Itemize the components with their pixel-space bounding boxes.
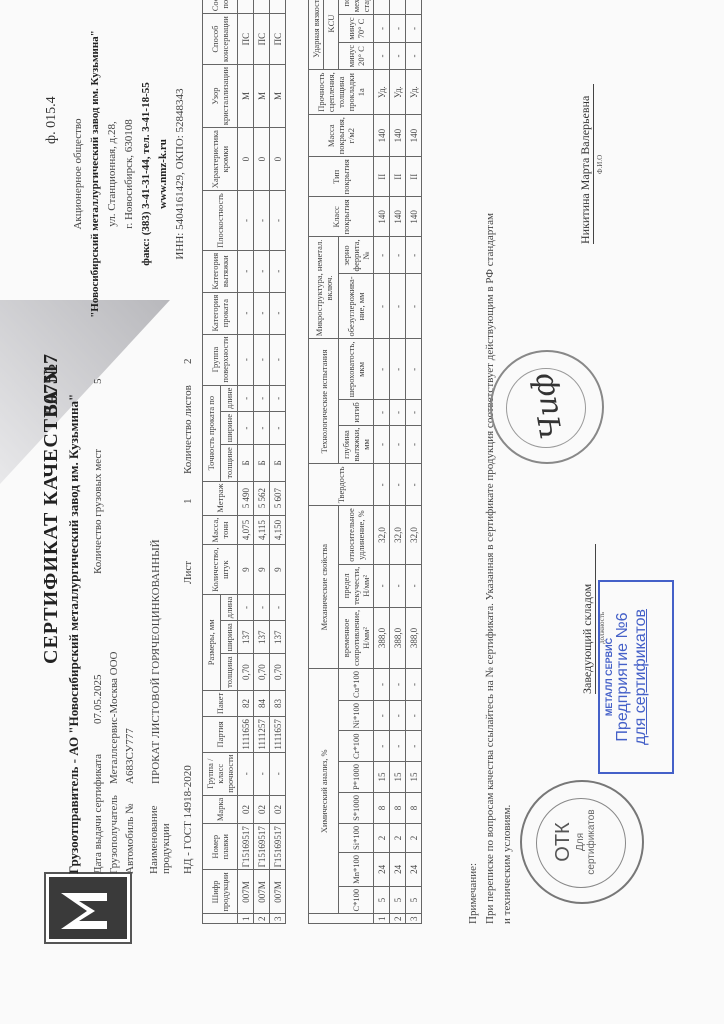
table-cell: 8 xyxy=(374,792,390,823)
header-cell: Группа / класс прочности xyxy=(203,752,238,795)
subheader-cell: обезуглерожива-ние, мм xyxy=(339,274,374,339)
table-cell: 388,0 xyxy=(406,607,422,668)
table-cell: 2 xyxy=(406,823,422,852)
product-table: Шифр продукцииНомер плавкиМаркаГруппа / … xyxy=(202,0,286,924)
table-cell: 1111257 xyxy=(254,717,270,753)
table-cell: - xyxy=(390,15,406,43)
note: Примечание: При переписке по вопросам ка… xyxy=(465,213,516,924)
table-cell: М xyxy=(254,64,270,127)
table-cell: - xyxy=(374,42,390,70)
subheader-cell: минус 70° C xyxy=(339,15,374,43)
table-cell: - xyxy=(390,237,406,274)
table-cell: 0 xyxy=(254,128,270,191)
table-cell: - xyxy=(270,594,286,620)
blue-stamp-brand: МЕТАЛЛ СЕРВИС xyxy=(604,582,614,772)
otk-stamp: ОТК Для сертификатов xyxy=(520,780,644,904)
table-cell: - xyxy=(406,274,422,339)
table-cell: - xyxy=(238,385,254,411)
table-cell: Уд. xyxy=(390,70,406,115)
table-cell: 32,0 xyxy=(390,506,406,564)
table-cell: - xyxy=(270,292,286,334)
cargo-places: 5 xyxy=(92,379,104,385)
table-cell: - xyxy=(254,292,270,334)
table-row: 3007МГ1516951702-1111657830,70137-94,150… xyxy=(270,0,286,924)
position: Заведующий складом xyxy=(580,544,596,694)
table-cell: 32,0 xyxy=(374,506,390,564)
table-cell: 0 xyxy=(270,128,286,191)
table-cell: Г15169517 xyxy=(254,824,270,870)
subheader-cell: толщине xyxy=(220,445,238,481)
header-cell: Плоскостность xyxy=(203,191,238,251)
table-cell: 9 xyxy=(270,545,286,594)
table-cell: - xyxy=(238,0,254,14)
table-cell: 137 xyxy=(254,621,270,654)
table-cell: - xyxy=(374,464,390,506)
subheader-cell: Cr*100 xyxy=(339,731,374,762)
sheet-number: 1 xyxy=(182,499,194,505)
subheader-cell: Ni*100 xyxy=(339,700,374,731)
company-phones: факс: (383) 3-41-31-44, тел. 3-41-18-55 xyxy=(140,82,152,265)
table-cell: - xyxy=(374,425,390,464)
header-cell: Класс покрытия xyxy=(309,197,374,237)
table-cell: Г15169517 xyxy=(238,824,254,870)
subheader-cell: глубина вытяжки, мм xyxy=(339,425,374,464)
table-cell: - xyxy=(390,731,406,762)
header-cell: Состояние поставки xyxy=(203,0,238,14)
table-cell: 1111656 xyxy=(238,717,254,753)
table-cell: 0,70 xyxy=(238,654,254,690)
header-cell: Шифр продукции xyxy=(203,870,238,914)
subheader-cell: изгиб xyxy=(339,400,374,425)
table-cell: 84 xyxy=(254,690,270,716)
table-cell: - xyxy=(390,564,406,607)
table-cell: 5 607 xyxy=(270,481,286,515)
header-cell: Способ консервации xyxy=(203,14,238,65)
header-cell: Узор кристаллизации xyxy=(203,64,238,127)
table-cell: - xyxy=(238,250,254,292)
subheader-cell: толщина xyxy=(220,654,238,690)
table-cell: - xyxy=(390,42,406,70)
header-cell: Химический анализ, % xyxy=(309,669,339,914)
header-cell: Технологические испытания xyxy=(309,339,339,464)
table-cell: - xyxy=(238,334,254,385)
table-row: 2007МГ1516951702-1111257840,70137-94,115… xyxy=(254,0,270,924)
table-cell: - xyxy=(390,669,406,701)
table-cell: - xyxy=(406,669,422,701)
table-cell: 5 562 xyxy=(254,481,270,515)
table-row: 1007МГ1516951702-1111656820,70137-94,075… xyxy=(238,0,254,924)
table-cell: - xyxy=(390,700,406,731)
table-cell: - xyxy=(270,191,286,251)
table-cell: - xyxy=(238,594,254,620)
consignee: Металлсервис-Москва ООО xyxy=(108,652,120,784)
header-cell: Пакет xyxy=(203,690,238,716)
header-cell: Количество, штук xyxy=(203,545,238,594)
table-cell: 2 xyxy=(254,914,270,924)
table-cell: Уд. xyxy=(406,70,422,115)
subheader-cell: S*1000 xyxy=(339,792,374,823)
table-cell: - xyxy=(374,15,390,43)
header-cell: KCU xyxy=(324,0,339,70)
page-fold-shadow xyxy=(0,300,170,484)
table-cell: ПС xyxy=(270,14,286,65)
signer-name: Никитина Марта Валерьевна xyxy=(578,84,594,244)
signer-caption: Ф.И.О xyxy=(596,155,604,174)
issue-date-label: Дата выдачи сертификата xyxy=(92,754,104,874)
table-cell: - xyxy=(270,0,286,14)
table-cell: 1 xyxy=(374,914,390,924)
table-cell: - xyxy=(406,0,422,15)
header-cell: Прочность сцепления, толщина прокладки 1… xyxy=(309,70,374,115)
table-cell: - xyxy=(254,250,270,292)
header-cell: Категория проката xyxy=(203,292,238,334)
blue-stamp: МЕТАЛЛ СЕРВИС Предприятие №6 для сертифи… xyxy=(598,580,674,774)
table-row: 35242815---388,0-32,0------140II140Уд.--… xyxy=(406,0,422,924)
table-cell: 24 xyxy=(374,853,390,887)
table-cell: - xyxy=(390,464,406,506)
table-cell: 83 xyxy=(270,690,286,716)
table-cell: 007М xyxy=(254,870,270,914)
table-cell: 3 xyxy=(270,914,286,924)
subheader-cell: ширине xyxy=(220,412,238,445)
header-cell: Номер плавки xyxy=(203,824,238,870)
certificate-number: 507517 xyxy=(40,354,63,414)
form-code: ф. 015.4 xyxy=(44,96,60,144)
table-cell: - xyxy=(406,237,422,274)
header-cell: Категория вытяжки xyxy=(203,250,238,292)
table-cell: - xyxy=(390,400,406,425)
table-cell: 2 xyxy=(390,914,406,924)
table-cell: Б xyxy=(270,445,286,481)
table-cell: - xyxy=(238,191,254,251)
table-cell: 15 xyxy=(374,761,390,792)
company-form: Акционерное общество xyxy=(70,24,87,324)
table-cell: 82 xyxy=(238,690,254,716)
table-cell: - xyxy=(374,564,390,607)
table-cell: 4,150 xyxy=(270,515,286,545)
subheader-cell: Si*100 xyxy=(339,823,374,852)
table-cell: 32,0 xyxy=(406,506,422,564)
header-cell: Группа поверхности xyxy=(203,334,238,385)
table-cell: 2 xyxy=(390,823,406,852)
table-cell: 24 xyxy=(390,853,406,887)
company-info: Акционерное общество "Новосибирский мета… xyxy=(70,24,189,324)
table-cell: М xyxy=(238,64,254,127)
note-text: При переписке по вопросам качества ссыла… xyxy=(482,213,499,924)
note-text-2: и техническим условиям. xyxy=(499,213,516,924)
table-cell: 5 490 xyxy=(238,481,254,515)
subheader-cell: временное сопротивление, Н/мм² xyxy=(339,607,374,668)
table-cell: 15 xyxy=(390,761,406,792)
subheader-cell: C*100 xyxy=(339,886,374,914)
subheader-cell: шероховатость, мкм xyxy=(339,339,374,400)
company-ids: ИНН: 5404161429, ОКПО: 52848343 xyxy=(172,24,189,324)
properties-table: Химический анализ, %Механические свойств… xyxy=(308,0,422,924)
product-label: Наименование продукции xyxy=(148,794,172,874)
company-logo xyxy=(44,872,132,944)
table-cell: - xyxy=(254,594,270,620)
table-cell: 140 xyxy=(374,197,390,237)
vehicle-label: Автомобиль № xyxy=(124,803,136,874)
table-cell: ПС xyxy=(238,14,254,65)
table-cell: 8 xyxy=(390,792,406,823)
consignee-label: Грузополучатель xyxy=(108,795,120,874)
header-cell: Тип покрытия xyxy=(309,157,374,197)
table-cell: Б xyxy=(238,445,254,481)
table-cell: 9 xyxy=(254,545,270,594)
header-cell: Масса покрытия, г/м2 xyxy=(309,115,374,157)
shipper: Грузоотправитель - АО "Новосибирский мет… xyxy=(66,394,82,874)
header-cell: Партия xyxy=(203,717,238,753)
certificate-page: СЕРТИФИКАТ КАЧЕСТВА № 507517 ф. 015.4 Гр… xyxy=(0,0,724,1024)
table-cell: 2 xyxy=(374,823,390,852)
table-cell: - xyxy=(374,669,390,701)
table-cell: - xyxy=(390,425,406,464)
table-cell: - xyxy=(406,339,422,400)
table-cell: 02 xyxy=(238,795,254,823)
sheets-total-label: Количество листов xyxy=(182,385,194,474)
table-cell: 15 xyxy=(406,761,422,792)
table-cell: Б xyxy=(254,445,270,481)
table-cell: 140 xyxy=(390,115,406,157)
table-cell: - xyxy=(270,412,286,445)
blue-stamp-line2: для сертификатов xyxy=(632,582,650,772)
table-cell: - xyxy=(406,731,422,762)
header-cell: Характеристика кромки xyxy=(203,128,238,191)
company-street: ул. Станционная, д.28, xyxy=(104,24,121,324)
table-cell: 4,075 xyxy=(238,515,254,545)
table-cell: - xyxy=(390,0,406,15)
sheet-label: Лист xyxy=(182,561,194,584)
subheader-cell: Mn*100 xyxy=(339,853,374,887)
cargo-places-label: Количество грузовых мест xyxy=(92,449,104,574)
table-cell: II xyxy=(390,157,406,197)
table-cell: 137 xyxy=(238,621,254,654)
note-label: Примечание: xyxy=(465,213,482,924)
table-cell: - xyxy=(374,339,390,400)
subheader-cell: минус 20° C xyxy=(339,42,374,70)
table-cell: 0,70 xyxy=(270,654,286,690)
table-cell: 1 xyxy=(238,914,254,924)
table-cell: 0 xyxy=(238,128,254,191)
table-cell: 8 xyxy=(406,792,422,823)
company-name: "Новосибирский металлургический завод им… xyxy=(89,30,101,318)
table-cell: 4,115 xyxy=(254,515,270,545)
table-cell: - xyxy=(406,42,422,70)
table-cell: - xyxy=(390,274,406,339)
table-cell: - xyxy=(238,292,254,334)
table-cell: 007М xyxy=(270,870,286,914)
table-cell: - xyxy=(270,752,286,795)
table-cell: 5 xyxy=(406,886,422,914)
header-cell: Размеры, мм xyxy=(203,594,221,690)
subheader-cell: длина xyxy=(220,594,238,620)
table-cell: 140 xyxy=(390,197,406,237)
nmz-logo-icon xyxy=(49,883,121,939)
nd-standard: НД - ГОСТ 14918-2020 xyxy=(182,765,194,874)
table-cell: 24 xyxy=(406,853,422,887)
header-cell: Твердость xyxy=(309,464,374,506)
company-city: г. Новосибирск, 630108 xyxy=(121,24,138,324)
table-cell: - xyxy=(254,191,270,251)
table-cell: 388,0 xyxy=(390,607,406,668)
table-cell: Уд. xyxy=(374,70,390,115)
sheets-total: 2 xyxy=(182,359,194,365)
table-cell: - xyxy=(270,334,286,385)
subheader-cell: P*1000 xyxy=(339,761,374,792)
table-cell: 007М xyxy=(238,870,254,914)
table-cell: - xyxy=(406,425,422,464)
table-cell: - xyxy=(238,752,254,795)
header-cell xyxy=(203,914,238,924)
header-cell: Микроструктура, неметал. включ. xyxy=(309,237,339,339)
table-cell: 5 xyxy=(390,886,406,914)
header-cell: Механические свойства xyxy=(309,506,339,669)
subheader-cell: Cu*100 xyxy=(339,669,374,701)
table-cell: 388,0 xyxy=(374,607,390,668)
table-cell: - xyxy=(406,400,422,425)
blue-stamp-line1: Предприятие №6 xyxy=(614,582,632,772)
table-cell: 0,70 xyxy=(254,654,270,690)
table-cell: - xyxy=(374,731,390,762)
table-cell: - xyxy=(270,385,286,411)
table-cell: 140 xyxy=(374,115,390,157)
product: ПРОКАТ ЛИСТОВОЙ ГОРЯЧЕОЦИНКОВАННЫЙ xyxy=(150,539,162,784)
subheader-cell: предел текучести, Н/мм² xyxy=(339,564,374,607)
subheader-cell: длине xyxy=(220,385,238,411)
table-cell: - xyxy=(374,274,390,339)
table-row: 25242815---388,0-32,0------140II140Уд.--… xyxy=(390,0,406,924)
header-cell: Ударная вязкость, Дж/см² xyxy=(309,0,324,70)
table-cell: II xyxy=(406,157,422,197)
table-cell: - xyxy=(254,412,270,445)
table-cell: 140 xyxy=(406,197,422,237)
table-cell: 137 xyxy=(270,621,286,654)
header-cell: Марка xyxy=(203,795,238,823)
table-cell: - xyxy=(374,237,390,274)
issue-date: 07.05.2025 xyxy=(92,675,104,725)
vehicle: А683СУ777 xyxy=(124,728,136,784)
company-web: www.nmz-k.ru xyxy=(157,139,169,209)
table-cell: - xyxy=(406,700,422,731)
table-cell: 5 xyxy=(374,886,390,914)
table-cell: - xyxy=(374,400,390,425)
table-row: 15242815---388,0-32,0------140II140Уд.--… xyxy=(374,0,390,924)
table-cell: М xyxy=(270,64,286,127)
table-cell: - xyxy=(406,464,422,506)
table-cell: - xyxy=(374,0,390,15)
table-cell: - xyxy=(406,15,422,43)
header-cell: Метраж xyxy=(203,481,238,515)
subheader-cell: относительное удлинение, % xyxy=(339,506,374,564)
table-cell: ПС xyxy=(254,14,270,65)
table-cell: 140 xyxy=(406,115,422,157)
table-cell: - xyxy=(254,385,270,411)
table-cell: 02 xyxy=(270,795,286,823)
table-cell: - xyxy=(254,752,270,795)
table-cell: - xyxy=(238,412,254,445)
table-cell: - xyxy=(390,339,406,400)
table-cell: - xyxy=(254,334,270,385)
table-cell: 1111657 xyxy=(270,717,286,753)
subheader-cell: после механич. старения xyxy=(339,0,374,15)
header-cell: Точность проката по xyxy=(203,385,221,481)
table-cell: 3 xyxy=(406,914,422,924)
table-cell: 9 xyxy=(238,545,254,594)
table-cell: - xyxy=(374,700,390,731)
table-cell: - xyxy=(406,564,422,607)
subheader-cell: ширина xyxy=(220,621,238,654)
header-cell: Масса, тонн xyxy=(203,515,238,545)
table-cell: - xyxy=(254,0,270,14)
table-cell: - xyxy=(270,250,286,292)
table-cell: 02 xyxy=(254,795,270,823)
table-cell: Г15169517 xyxy=(270,824,286,870)
subheader-cell: зерно феррита, № xyxy=(339,237,374,274)
table-cell: II xyxy=(374,157,390,197)
